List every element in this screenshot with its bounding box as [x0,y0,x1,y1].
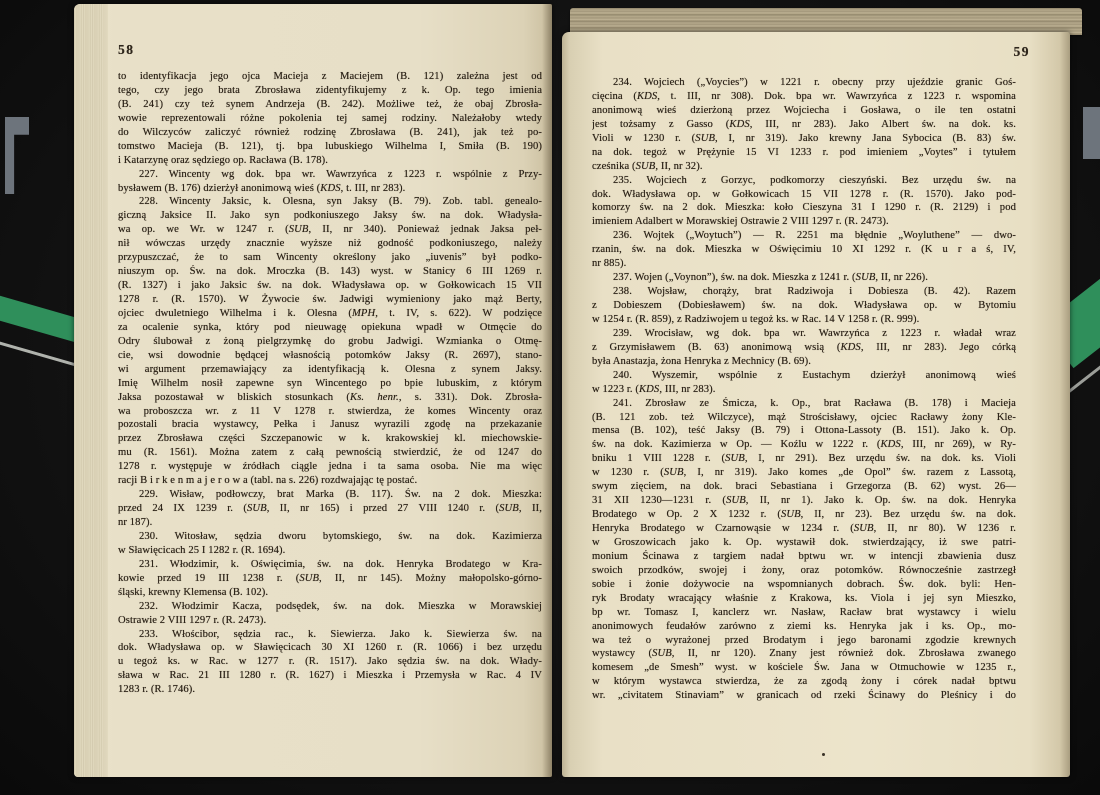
text-line: w Groszowicach jako k. Op. wystawił dok.… [592,536,1016,550]
text-line: Imię Wilhelm nosił zapewne syn Wincenteg… [118,377,542,391]
right-page: 59 234. Wojciech („Voycies”) w 1221 r. o… [562,8,1070,777]
text-line: przypuszczać, że to sam Wincenty określo… [118,251,542,265]
text-line: w 1254 r. (R. 859), z Radziwojem u tegoż… [592,313,1016,327]
text-line: komorzy św. na 2 dok. Mieszka: koło Cies… [592,201,1016,215]
text-line: 241. Zbrosław ze Śmicza, k. Op., brat Ra… [592,397,1016,411]
text-line: jest tożsamy z Gasso (KDS, III, nr 283).… [592,118,1016,132]
text-line: 236. Wojtek („Woytuch”) — R. 2251 ma błę… [592,229,1016,243]
text-line: bysławem (B. 176) dzierżył anonimową wie… [118,182,542,196]
text-line: do Wilczyców zaliczyć również rodzinę Zb… [118,126,542,140]
text-line: anonimową wieś dzierżoną przez Wojciecha… [592,104,1016,118]
text-line: w którym wystawca stwierdza, że za zgodą… [592,675,1016,689]
text-line: św. na dok. Kazimierza w Op. — Koźlu w 1… [592,438,1016,452]
text-line: 1283 r. (R. 1746). [118,683,542,697]
text-line: 232. Włodzimir Kacza, podsędek, św. na d… [118,600,542,614]
text-line: 1278 r. (R. 1570). W Żywocie św. Jadwigi… [118,293,542,307]
book-scan: 58 to identyfikacja jego ojca Macieja z … [0,0,1100,795]
text-line: z Grzymisławem (B. 63) anonimową wsią (K… [592,341,1016,355]
text-line: z Dobieszem (Dobiesławem) św. na dok. Wł… [592,299,1016,313]
ink-speck [822,753,825,756]
background-letter-shape-right [1083,107,1100,159]
text-line: Violi w 1230 r. (SUB, I, nr 319). Jako k… [592,132,1016,146]
text-line: 1278 r. występuje w źródłach ciągle jedn… [118,460,542,474]
text-line: 234. Wojciech („Voycies”) w 1221 r. obec… [592,76,1016,90]
text-line: cie, wsi dowodnie będącej własnością pot… [118,349,542,363]
text-line: kowie przed 19 III 1238 r. (SUB, II, nr … [118,572,542,586]
text-line: swym zięciem, na dok. braci Sebastiana i… [592,480,1016,494]
text-line: wystawcy (SUB, II, nr 120). Znany jest r… [592,647,1016,661]
text-line: i Katarzynę oraz sędziego op. Racława (B… [118,154,542,168]
text-line: cięcina (KDS, t. III, nr 308). Dok. bpa … [592,90,1016,104]
left-page-text: to identyfikacja jego ojca Macieja z Mac… [118,70,542,697]
text-line: Brodatego w Op. 2 X 1232 r. (SUB, II, nr… [592,508,1016,522]
text-line: wr. „civitatem Stinaviam” w granicach od… [592,689,1016,703]
text-line: 239. Wrocisław, wg dok. bpa wr. Wawrzyńc… [592,327,1016,341]
text-line: nił wówczas urzędy znacznie wyższe niż g… [118,237,542,251]
text-line: Henryka Brodatego w Czarnowąsie w 1234 r… [592,522,1016,536]
text-line: 235. Wojciech z Gorzyc, podkomorzy ciesz… [592,174,1016,188]
text-line: wa też o wyrażonej przed Brodatym i jego… [592,634,1016,648]
left-page: 58 to identyfikacja jego ojca Macieja z … [74,4,552,777]
text-line: 240. Wyszemir, wspólnie z Eustachym dzie… [592,369,1016,383]
text-line: wowie reprezentowali różne pokolenia tej… [118,112,542,126]
text-line: giczną Jaksice II. Jako syn podkoniuszeg… [118,209,542,223]
white-line-left [0,338,84,368]
background-letter-shape [5,117,29,194]
text-line: swoich przodków, swojej i żony, oraz pot… [592,564,1016,578]
text-line: imieniem Adalbert w Morawskiej Ostrawie … [592,215,1016,229]
text-line: to identyfikacja jego ojca Macieja z Mac… [118,70,542,84]
text-line: 233. Włościbor, sędzia rac., k. Siewierz… [118,628,542,642]
right-page-top-edges [570,8,1082,35]
text-line: śląski, krewny Klemensa (B. 102). [118,586,542,600]
text-line: rzanin, św. na dok. Mieszka w Oświęcimiu… [592,243,1016,257]
text-line: nr 885). [592,257,1016,271]
text-line: sobie i żonie dożywocie na wspomnianych … [592,578,1016,592]
text-line: 230. Witosław, sędzia dworu bytomskiego,… [118,530,542,544]
text-line: 238. Wojsław, chorąży, brat Radziwoja i … [592,285,1016,299]
text-line: w 1230 r. (SUB, I, nr 319). Jako komes „… [592,466,1016,480]
text-line: ryk Brodaty wracający właśnie z Krakowa,… [592,592,1016,606]
text-line: 237. Wojen („Voynon”), św. na dok. Miesz… [592,271,1016,285]
text-line: 231. Włodzimir, k. Oświęcimia, św. na do… [118,558,542,572]
text-line: Ostrawie 2 VIII 1297 r. (R. 2473). [118,614,542,628]
text-line: monium Ścinawa z targiem nadał bptwu wr.… [592,550,1016,564]
text-line: niuszym op. Św. na dok. Mroczka (B. 143)… [118,265,542,279]
text-line: w 1223 r. (KDS, III, nr 283). [592,383,1016,397]
text-line: wa proboszcza wr. z 11 V 1278 r. stwierd… [118,405,542,419]
text-line: (B. 121 zob. też Wilczyce), mąż Strościs… [592,411,1016,425]
text-line: tego, czy jego brata Zbrosława zidentyfi… [118,84,542,98]
text-line: dok. Władysława op. w Sławięcicach 30 XI… [118,641,542,655]
text-line: bniku 1 VIII 1228 r. (SUB, I, nr 291). B… [592,452,1016,466]
right-page-number: 59 [1014,44,1031,60]
text-line: mu (R. 1561). Można zatem z całą pewnośc… [118,446,542,460]
text-line: wi argument przemawiający za identyfikac… [118,363,542,377]
text-line: wa op. we Wr. w 1247 r. (SUB, II, nr 340… [118,223,542,237]
text-line: racji B i r k e n m a j e r o w a (tabl.… [118,474,542,488]
text-line: nr 187). [118,516,542,530]
text-line: bp wr. Tomasz I, kanclerz wr. Nasław, Ra… [592,606,1016,620]
text-line: 229. Wisław, podłowczy, brat Marka (B. 1… [118,488,542,502]
text-line: przez Zbrosława części Szczepanowic w k.… [118,432,542,446]
text-line: na dok. tegoż w Prężynie 15 VI 1233 r. p… [592,146,1016,160]
text-line: Odry ślubował z żoną pielgrzymkę do grob… [118,335,542,349]
text-line: Jaksa pozostawał w bliskich stosunkach (… [118,391,542,405]
text-line: ojciec dwuletniego Wilhelma i k. Olesna … [118,307,542,321]
left-page-number: 58 [118,42,135,58]
text-line: anonimowych feudałów zarówno z ziemi ks.… [592,620,1016,634]
text-line: 228. Wincenty Jaksic, k. Olesna, syn Jak… [118,195,542,209]
text-line: mensa (B. 102), teść Jaksy (B. 79) i Ott… [592,424,1016,438]
text-line: dok. Władysława op. w Gołkowicach 15 VII… [592,188,1016,202]
green-stripe-left [0,293,83,343]
text-line: przed 24 IX 1239 r. (SUB, II, nr 165) i … [118,502,542,516]
text-line: 227. Wincenty wg dok. bpa wr. Wawrzyńca … [118,168,542,182]
text-line: cześnika (SUB, II, nr 32). [592,160,1016,174]
text-line: (B. 241) czy też synem Andrzeja (B. 242)… [118,98,542,112]
right-page-text: 234. Wojciech („Voycies”) w 1221 r. obec… [592,76,1016,703]
text-line: była Anastazja, żona Henryka z Mechnicy … [592,355,1016,369]
text-line: w Sławięcicach 25 I 1282 r. (R. 1694). [118,544,542,558]
text-line: za ocalenie synka, który pod nieuwagę op… [118,321,542,335]
text-line: (R. 1327) i jako Jaksic św. na dok. Wład… [118,279,542,293]
text-line: komesem „de Smesh” wyst. w kościele Św. … [592,661,1016,675]
text-line: 31 XII 1230—1231 r. (SUB, II, nr 1). Jak… [592,494,1016,508]
text-line: sława w Rac. 21 III 1280 r. (R. 1627) i … [118,669,542,683]
text-line: tomstwo Macieja (B. 121), tj. bpa lubusk… [118,140,542,154]
text-line: pozostali bracia wystawcy, Pełka i Janus… [118,418,542,432]
text-line: u tegoż ks. w Rac. w 1277 r. (R. 1517). … [118,655,542,669]
